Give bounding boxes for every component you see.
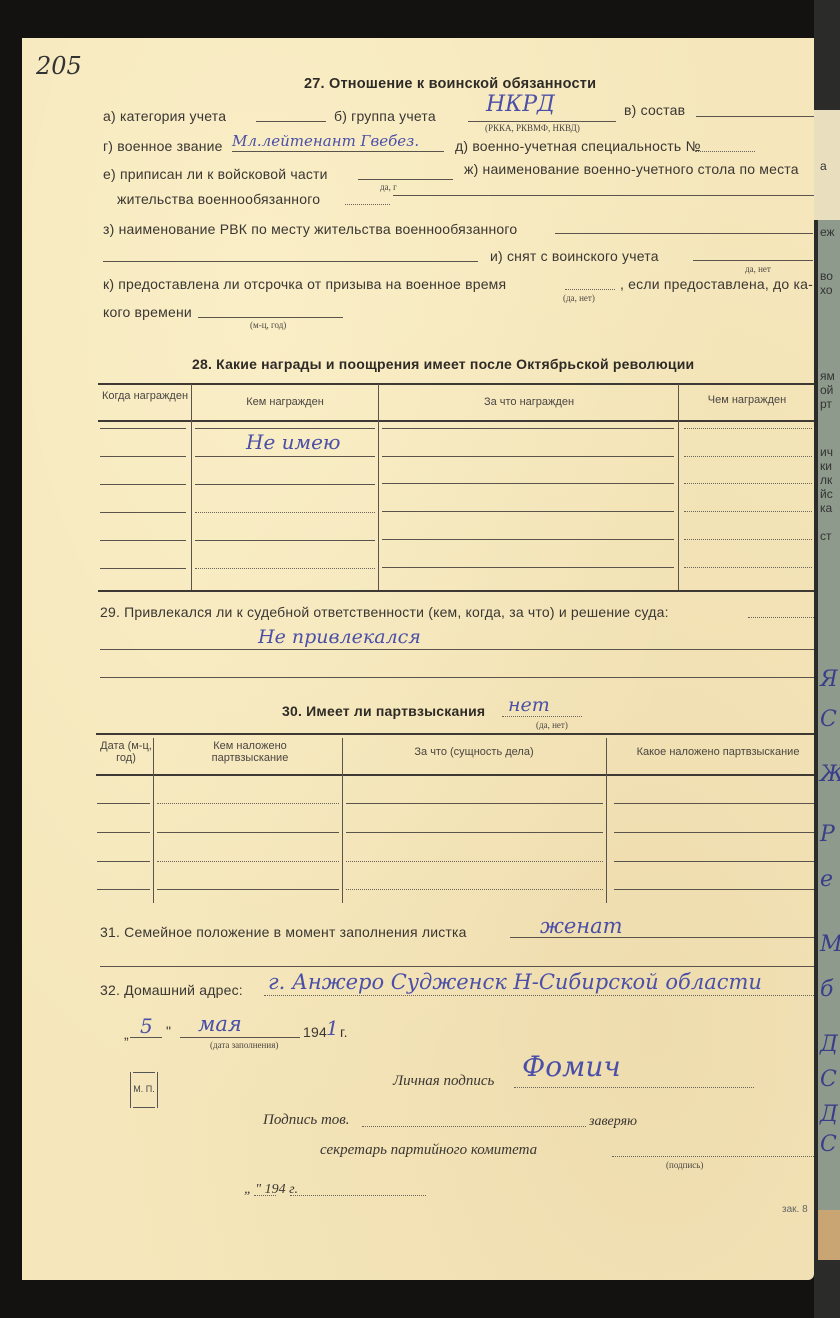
penalties-table-header-border [96,774,814,776]
section-30-title: 30. Имеет ли партвзыскания [282,703,485,719]
awards-row-line[interactable] [382,567,674,568]
adjacent-page-handwriting: С [820,705,837,735]
awards-col-divider [378,384,379,590]
certify-month-field[interactable] [290,1195,426,1196]
penalties-field[interactable] [502,716,582,717]
marital-status-line-2[interactable] [100,966,814,967]
court-liability-value: Не привлекался [258,626,421,648]
awards-row-line[interactable] [684,539,812,540]
date-month-field[interactable] [180,1037,300,1038]
date-year-suffix: 1 [326,1016,339,1040]
deferment-until-label: кого времени [103,304,192,320]
deferment-until-field[interactable] [198,317,343,318]
secretary-signature-hint: (подпись) [666,1160,703,1170]
adjacent-page-text: ки [820,460,832,473]
adjacent-page-handwriting: М [820,930,840,960]
awards-table-bottom-border [98,590,814,592]
adjacent-page-handwriting: е [820,865,833,895]
penalties-row-line[interactable] [614,832,814,833]
date-year-prefix: 194 [303,1024,327,1040]
print-order-code: зак. 8 [782,1204,808,1215]
adjacent-page-handwriting: Р [820,820,835,850]
home-address-field[interactable] [264,995,814,996]
penalties-row-line[interactable] [614,803,814,804]
date-day-field[interactable] [130,1037,162,1038]
awards-spacer [98,426,814,427]
deferment-field[interactable] [565,289,615,290]
personal-signature-field[interactable] [514,1087,754,1088]
adjacent-page-text: ям [820,370,835,383]
section-28-title: 28. Какие награды и поощрения имеет посл… [192,356,694,372]
military-desk-field-a[interactable] [345,204,390,205]
adjacent-page-text: еж [820,226,835,239]
court-liability-field[interactable] [748,617,814,618]
awards-col-divider [191,384,192,590]
awards-row-line[interactable] [382,456,674,457]
awards-none-value: Не имею [246,430,341,454]
section-27-title: 27. Отношение к воинской обязанности [304,76,596,92]
penalties-col-divider [606,738,607,903]
group-value: НКРД [486,92,555,117]
certify-name-field[interactable] [362,1126,586,1127]
awards-row-line[interactable] [100,540,186,541]
awards-row-line[interactable] [684,483,812,484]
penalties-col-divider [342,738,343,903]
awards-col-by-whom: Кем награжден [192,396,378,408]
awards-col-for-what: За что награжден [380,396,678,408]
page-number-handwritten: 205 [36,52,82,80]
penalties-row-line[interactable] [346,832,603,833]
date-quote-open: „ [124,1026,129,1042]
deferment-label: к) предоставлена ли отсрочка от призыва … [103,276,506,292]
adjacent-page-text: ич [820,446,833,459]
awards-row-line[interactable] [195,568,375,569]
rank-field[interactable] [232,151,444,152]
awards-row-line[interactable] [195,456,375,457]
specialty-field[interactable] [695,151,755,152]
group-field[interactable] [468,121,616,122]
rank-label: г) военное звание [103,138,223,154]
group-hint: (РККА, РКВМФ, НКВД) [485,123,580,133]
assigned-unit-field[interactable] [358,179,453,180]
adjacent-page-handwriting: Ж [820,760,840,790]
awards-row-line[interactable] [100,512,186,513]
rvk-label: з) наименование РВК по месту жительства … [103,221,517,237]
penalties-row-line[interactable] [614,889,814,890]
penalties-col-penalty: Какое наложено партвзыскание [612,746,824,758]
awards-row-line[interactable] [100,568,186,569]
adjacent-page-handwriting: б [820,975,833,1005]
awards-table-top-border [98,383,814,385]
military-desk-field-b[interactable] [393,195,814,196]
adjacent-page-text: лк [820,474,832,487]
home-address-label: 32. Домашний адрес: [100,982,243,998]
awards-row-line[interactable] [100,484,186,485]
deferment-until-hint: (м-ц, год) [250,320,286,330]
penalties-row-line[interactable] [97,832,150,833]
military-desk-label: ж) наименование военно-учетного стола по… [464,161,799,177]
date-quote-close: " [166,1023,171,1039]
penalties-table-top-border [96,733,814,735]
adjacent-page-handwriting: Я [820,665,838,695]
penalties-col-date: Дата (м-ц, год) [96,740,156,764]
awards-col-divider [678,384,679,590]
adjacent-page-text: рт [820,398,832,411]
penalties-row-line[interactable] [97,889,150,890]
rvk-field[interactable] [555,233,813,234]
awards-row-line[interactable] [195,484,375,485]
date-day: 5 [140,1014,153,1038]
deferment-label-cont: , если предоставлена, до ка- [620,276,813,292]
awards-row-line[interactable] [100,428,186,429]
awards-col-award: Чем награжден [680,394,814,406]
awards-row-line[interactable] [100,456,186,457]
military-desk-label-cont: жительства военнообязанного [117,191,320,207]
certify-suffix: заверяю [589,1114,637,1130]
awards-row-line[interactable] [195,512,375,513]
adjacent-page-text: во [820,270,833,283]
penalties-row-line[interactable] [157,889,339,890]
penalties-row-line[interactable] [97,861,150,862]
adjacent-page-handwriting: Д [820,1030,838,1060]
date-hint: (дата заполнения) [210,1040,278,1050]
adjacent-page-handwriting: С [820,1130,837,1160]
deregistered-hint: да, нет [745,264,771,274]
penalties-row-line[interactable] [157,861,339,862]
adjacent-page-text: хо [820,284,833,297]
secretary-signature-field[interactable] [612,1156,814,1157]
awards-row-line[interactable] [684,511,812,512]
date-month: мая [198,1012,242,1036]
court-liability-line-2[interactable] [100,677,814,678]
personal-signature-label: Личная подпись [393,1073,494,1090]
home-address-value: г. Анжеро Судженск Н-Сибирской области [268,970,762,994]
category-field[interactable] [256,121,326,122]
adjacent-page-text: а [820,160,827,173]
adjacent-page-text: ой [820,384,833,397]
deregistered-label: и) снят с воинского учета [490,248,659,264]
marital-status-label: 31. Семейное положение в момент заполнен… [100,924,467,940]
date-year-end: г. [340,1024,348,1040]
personal-signature-value: Фомич [522,1050,621,1083]
rank-value: Мл.лейтенант Гвебез. [232,132,419,150]
awards-col-when: Когда награжден [100,390,190,402]
penalties-row-line[interactable] [346,861,603,862]
adjacent-page-top [814,110,840,220]
adjacent-page-handwriting: Д [820,1100,838,1130]
marital-status-field[interactable] [510,937,814,938]
marital-status-value: женат [540,914,623,938]
penalties-col-by-whom: Кем наложено партвзыскание [180,740,320,764]
adjacent-page-text: ст [820,530,832,543]
penalties-value: нет [508,694,550,716]
adjacent-page-bottom [818,1210,840,1260]
penalties-row-line[interactable] [97,803,150,804]
awards-row-line[interactable] [195,428,375,429]
penalties-row-line[interactable] [346,803,603,804]
awards-row-line[interactable] [382,511,674,512]
penalties-col-reason: За что (сущность дела) [344,746,604,758]
awards-row-line[interactable] [684,456,812,457]
awards-row-line[interactable] [684,567,812,568]
penalties-row-line[interactable] [157,803,339,804]
awards-row-line[interactable] [684,428,812,429]
category-label: а) категория учета [103,108,226,124]
assigned-unit-label: е) приписан ли к войсковой части [103,166,328,182]
penalties-row-line[interactable] [346,889,603,890]
rvk-field-cont[interactable] [103,261,478,262]
assigned-unit-hint: да, г [380,182,397,192]
court-liability-line-1[interactable] [100,649,814,650]
penalties-row-line[interactable] [157,832,339,833]
group-label: б) группа учета [334,108,436,124]
stamp-label: М. П. [130,1084,158,1094]
specialty-label: д) военно-учетная специальность № [455,138,701,154]
court-liability-label: 29. Привлекался ли к судебной ответствен… [100,604,669,620]
composition-field[interactable] [696,116,814,117]
penalties-col-divider [153,738,154,903]
composition-label: в) состав [624,102,685,118]
awards-row-line[interactable] [382,539,674,540]
penalties-hint: (да, нет) [536,720,568,730]
certify-label: Подпись тов. [263,1112,350,1129]
certify-day-field[interactable] [254,1195,276,1196]
adjacent-page-handwriting: С [820,1065,837,1095]
deregistered-field[interactable] [693,260,813,261]
adjacent-page-text: йс [820,488,833,501]
deferment-hint: (да, нет) [563,293,595,303]
adjacent-page-text: ка [820,502,832,515]
awards-row-line[interactable] [382,483,674,484]
awards-row-line[interactable] [382,428,674,429]
secretary-label: секретарь партийного комитета [320,1142,537,1159]
awards-row-line[interactable] [195,540,375,541]
awards-table-header-border [98,420,814,422]
penalties-row-line[interactable] [614,861,814,862]
